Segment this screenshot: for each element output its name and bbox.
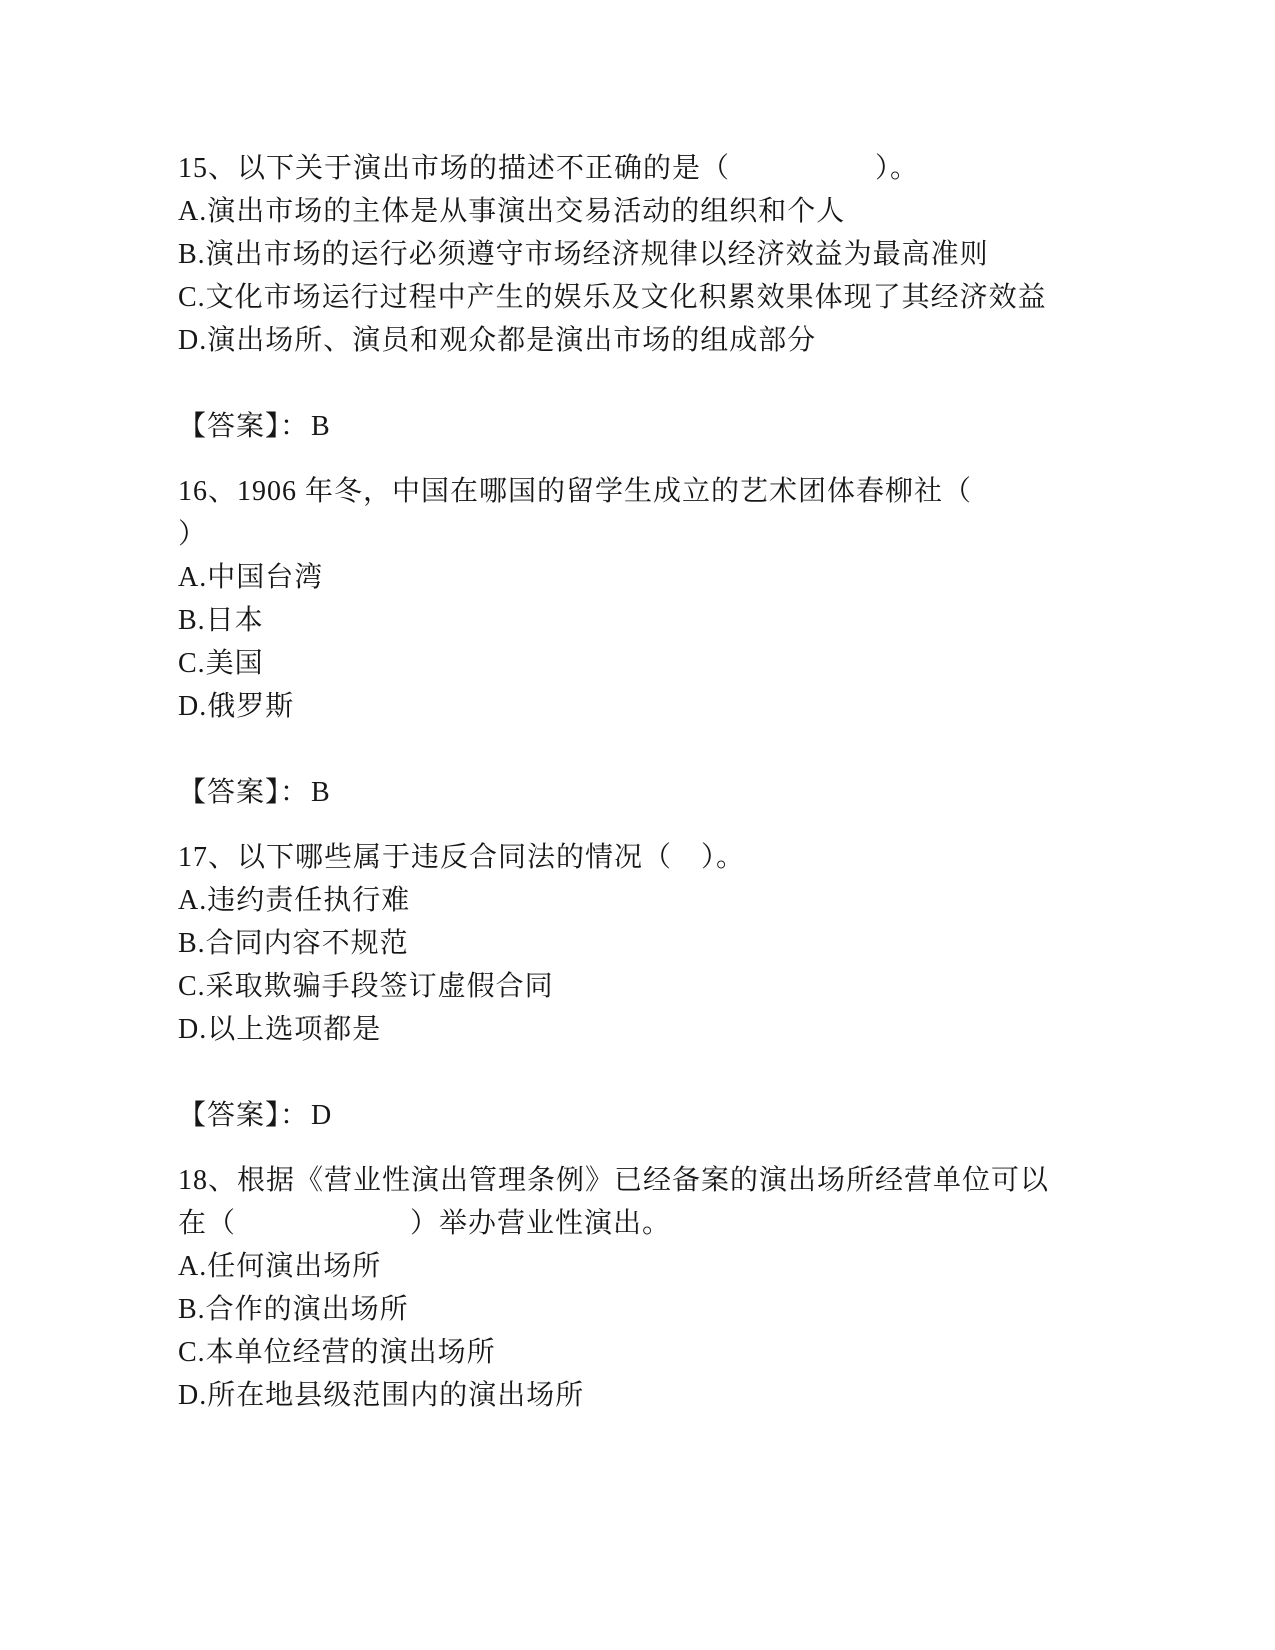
question-18: 18、根据《营业性演出管理条例》已经备案的演出场所经营单位可以 在（ ）举办营业… (178, 1159, 1125, 1417)
question-16: 16、1906 年冬，中国在哪国的留学生成立的艺术团体春柳社（ ） A.中国台湾… (178, 470, 1125, 728)
answer-label: 【答案】： (178, 777, 309, 808)
question-18-option-a: A.任何演出场所 (178, 1245, 1125, 1288)
question-17-option-d: D.以上选项都是 (178, 1008, 1125, 1051)
exam-page: 15、以下关于演出市场的描述不正确的是（ ）。 A.演出市场的主体是从事演出交易… (0, 0, 1275, 1650)
question-17-stem: 17、以下哪些属于违反合同法的情况（ ）。 (178, 836, 1125, 879)
question-16-option-a: A.中国台湾 (178, 556, 1125, 599)
question-16-stem-line-2: ） (178, 513, 1125, 556)
question-15-answer-value: B (309, 411, 331, 442)
question-15: 15、以下关于演出市场的描述不正确的是（ ）。 A.演出市场的主体是从事演出交易… (178, 147, 1125, 362)
question-17: 17、以下哪些属于违反合同法的情况（ ）。 A.违约责任执行难 B.合同内容不规… (178, 836, 1125, 1051)
question-17-answer-value: D (309, 1100, 332, 1131)
question-18-stem-line-1: 18、根据《营业性演出管理条例》已经备案的演出场所经营单位可以 (178, 1159, 1125, 1202)
question-15-stem: 15、以下关于演出市场的描述不正确的是（ ）。 (178, 147, 1125, 190)
question-16-option-c: C.美国 (178, 642, 1125, 685)
question-17-option-c: C.采取欺骗手段签订虚假合同 (178, 965, 1125, 1008)
question-18-option-c: C.本单位经营的演出场所 (178, 1331, 1125, 1374)
question-18-option-d: D.所在地县级范围内的演出场所 (178, 1374, 1125, 1417)
question-16-option-b: B.日本 (178, 599, 1125, 642)
question-16-stem-line-1: 16、1906 年冬，中国在哪国的留学生成立的艺术团体春柳社（ (178, 470, 1125, 513)
question-16-answer-value: B (309, 777, 331, 808)
question-15-option-b: B.演出市场的运行必须遵守市场经济规律以经济效益为最高准则 (178, 233, 1125, 276)
question-15-option-c: C.文化市场运行过程中产生的娱乐及文化积累效果体现了其经济效益 (178, 276, 1125, 319)
question-18-stem-line-2: 在（ ）举办营业性演出。 (178, 1202, 1125, 1245)
answer-label: 【答案】： (178, 411, 309, 442)
question-15-option-a: A.演出市场的主体是从事演出交易活动的组织和个人 (178, 190, 1125, 233)
question-17-option-b: B.合同内容不规范 (178, 922, 1125, 965)
question-17-answer-line: 【答案】：D (178, 1094, 1125, 1137)
question-15-option-d: D.演出场所、演员和观众都是演出市场的组成部分 (178, 319, 1125, 362)
question-16-option-d: D.俄罗斯 (178, 685, 1125, 728)
question-18-option-b: B.合作的演出场所 (178, 1288, 1125, 1331)
question-15-answer-line: 【答案】：B (178, 405, 1125, 448)
answer-label: 【答案】： (178, 1100, 309, 1131)
question-17-option-a: A.违约责任执行难 (178, 879, 1125, 922)
question-16-answer-line: 【答案】：B (178, 771, 1125, 814)
